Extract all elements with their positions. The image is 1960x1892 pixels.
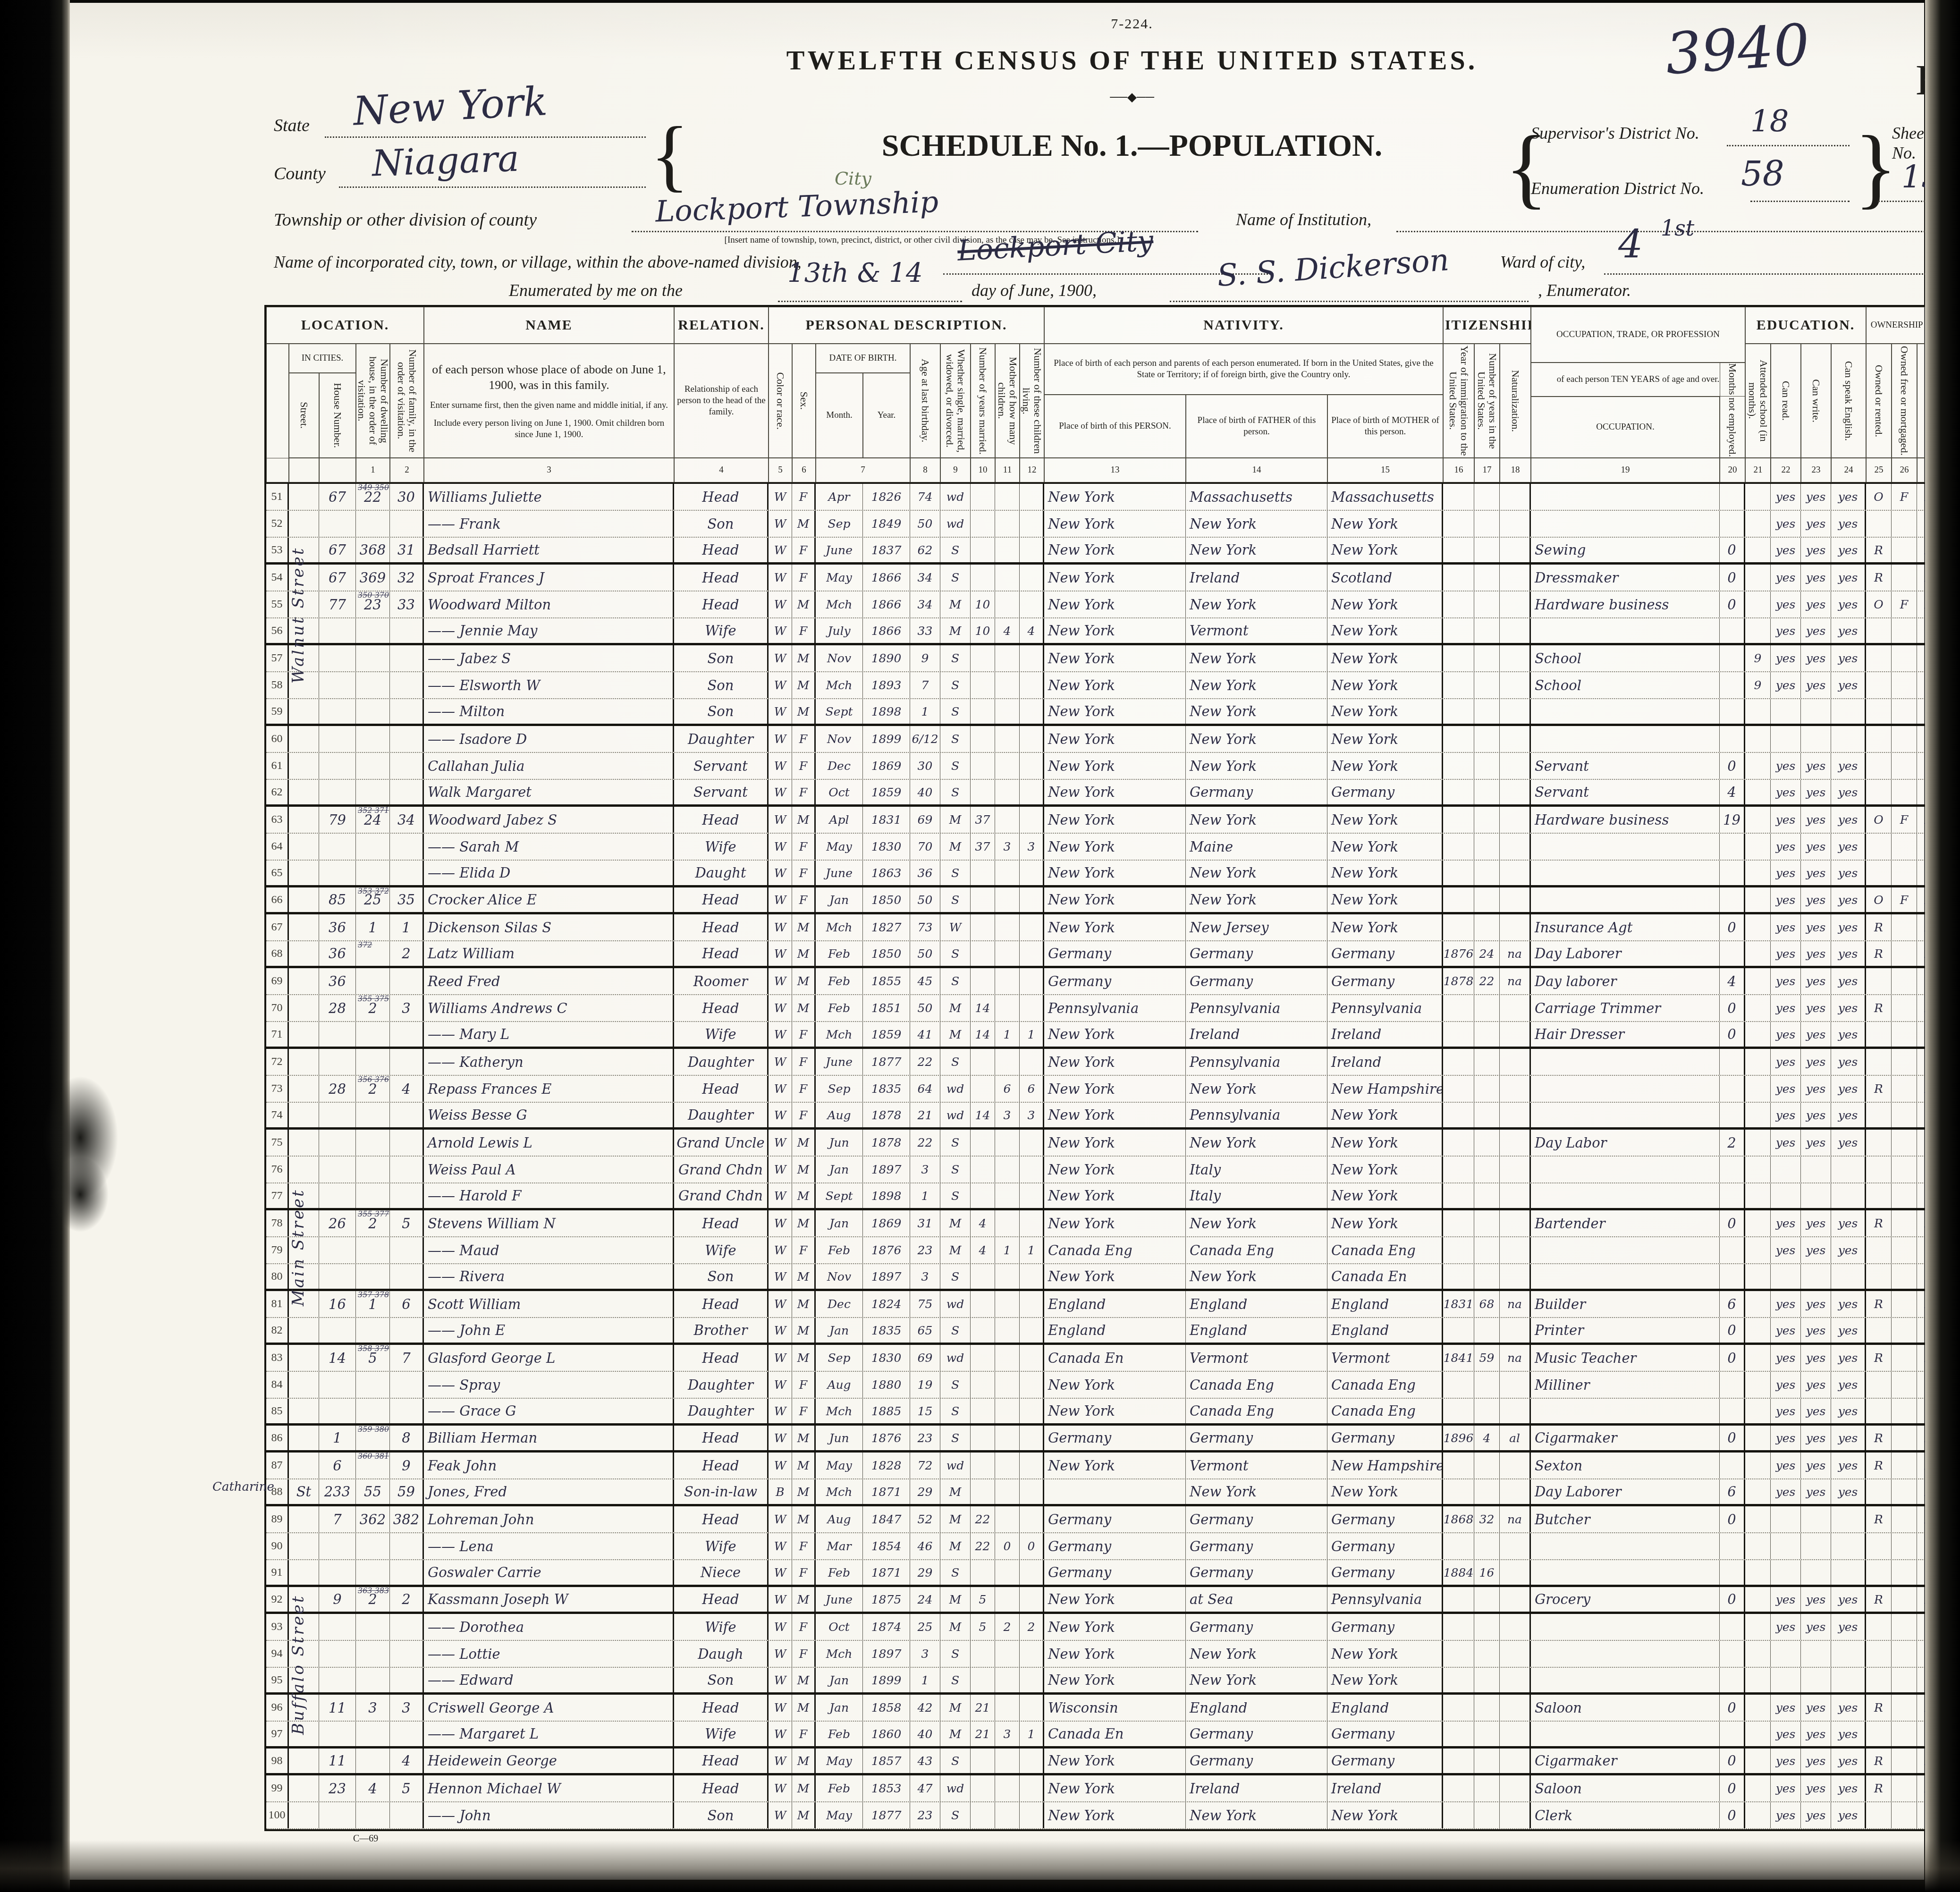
- can-read: yes: [1771, 672, 1801, 698]
- years-married: [971, 1479, 995, 1504]
- birth-month: Sep: [816, 1345, 863, 1371]
- dwelling-number: 359 380: [356, 1426, 390, 1450]
- months-not-employed: 0: [1720, 995, 1745, 1021]
- children-living: [1020, 1426, 1044, 1450]
- house-number: 6: [319, 1453, 356, 1478]
- family-number: [390, 1318, 424, 1343]
- birth-month: Sept: [816, 1183, 863, 1208]
- naturalization: [1500, 645, 1531, 671]
- table-row: 80—— RiveraSonWMNov18973SNew YorkNew Yor…: [266, 1264, 1960, 1291]
- dwelling-number: [356, 1237, 390, 1263]
- street: [289, 941, 319, 966]
- years-married: [971, 1426, 995, 1450]
- color-race: W: [769, 1183, 792, 1208]
- naturalization: [1500, 914, 1531, 940]
- pob-person: New York: [1044, 753, 1186, 779]
- age: 22: [910, 1130, 940, 1156]
- pob-father: Canada Eng: [1186, 1372, 1327, 1398]
- family-number: [390, 726, 424, 752]
- pob-mother: England: [1327, 1695, 1443, 1721]
- color-race: W: [769, 861, 792, 885]
- ward-line: [1604, 273, 1960, 275]
- can-write: yes: [1801, 941, 1831, 966]
- street: [289, 1506, 319, 1532]
- free-mortgaged: [1892, 1695, 1917, 1721]
- mother-of-children: [995, 1130, 1020, 1156]
- years-in-us: [1474, 1264, 1500, 1289]
- years-in-us: [1474, 1210, 1500, 1236]
- pob-person: Germany: [1044, 941, 1186, 966]
- street: [289, 968, 319, 994]
- can-read: yes: [1771, 618, 1801, 643]
- column-number: 10: [971, 458, 995, 482]
- township-label: Township or other division of county: [274, 210, 537, 230]
- birth-year: 1871: [863, 1560, 910, 1585]
- table-row: 78262355 3775Stevens William NHeadWMJan1…: [266, 1210, 1960, 1237]
- color-race: W: [769, 1076, 792, 1102]
- line-number: 99: [266, 1775, 289, 1801]
- can-read: yes: [1771, 753, 1801, 779]
- children-living: [1020, 511, 1044, 537]
- birth-month: Feb: [816, 1722, 863, 1746]
- years-married: [971, 1453, 995, 1478]
- birth-month: Feb: [816, 995, 863, 1021]
- pob-mother: New York: [1327, 672, 1443, 698]
- group-nativity: NATIVITY.: [1044, 307, 1443, 344]
- house-number: 77: [319, 591, 356, 617]
- years-married: [971, 1264, 995, 1289]
- house-number: [319, 1641, 356, 1667]
- years-in-us: [1474, 1130, 1500, 1156]
- months-not-employed: 0: [1720, 1022, 1745, 1047]
- immigration-year: 1876: [1443, 941, 1474, 966]
- name: Criswell George A: [424, 1695, 674, 1721]
- can-read: yes: [1771, 1291, 1801, 1317]
- years-in-us: [1474, 726, 1500, 752]
- name: —— Katheryn: [424, 1049, 674, 1075]
- owned-rented: [1866, 1802, 1892, 1828]
- naturalization: [1500, 1614, 1531, 1640]
- can-speak-english: yes: [1831, 1399, 1866, 1423]
- birth-month: Feb: [816, 1237, 863, 1263]
- occupation: [1531, 1103, 1720, 1127]
- pob-father: Italy: [1186, 1183, 1327, 1208]
- can-speak-english: yes: [1831, 1587, 1866, 1612]
- pob-person: Germany: [1044, 1426, 1186, 1450]
- can-read: yes: [1771, 834, 1801, 860]
- immigration-year: [1443, 1399, 1474, 1423]
- name: —— Isadore D: [424, 726, 674, 752]
- name: Billiam Herman: [424, 1426, 674, 1450]
- age: 29: [910, 1479, 940, 1504]
- years-married: [971, 968, 995, 994]
- supervisor-value: 18: [1750, 104, 1789, 139]
- dwelling-number: 1: [356, 914, 390, 940]
- pob-person: Germany: [1044, 1506, 1186, 1532]
- family-number: [390, 618, 424, 643]
- pob-father: New York: [1186, 672, 1327, 698]
- color-race: W: [769, 834, 792, 860]
- birth-month: Jan: [816, 887, 863, 912]
- pob-father: at Sea: [1186, 1587, 1327, 1612]
- house-number: 67: [319, 565, 356, 591]
- age: 72: [910, 1453, 940, 1478]
- attended-school: [1745, 1479, 1771, 1504]
- dwelling-number: [356, 753, 390, 779]
- table-row: 637924352 37134Woodward Jabez SHeadWMApl…: [266, 807, 1960, 834]
- family-number: [390, 1264, 424, 1289]
- birth-month: Sep: [816, 1076, 863, 1102]
- birth-year: 1878: [863, 1130, 910, 1156]
- months-not-employed: [1720, 1641, 1745, 1667]
- can-read: yes: [1771, 1453, 1801, 1478]
- subheader-pob-mother: Place of birth of MOTHER of this person.: [1327, 395, 1443, 458]
- marital-status: S: [940, 1264, 971, 1289]
- children-living: [1020, 807, 1044, 833]
- family-number: [390, 861, 424, 885]
- dwelling-number: 4: [356, 1775, 390, 1801]
- months-not-employed: [1720, 1614, 1745, 1640]
- street: [289, 1426, 319, 1450]
- column-number: [319, 458, 356, 482]
- table-row: 100—— JohnSonWMMay187723SNew YorkNew Yor…: [266, 1802, 1960, 1829]
- owned-rented: R: [1866, 1345, 1892, 1371]
- sex: F: [792, 538, 816, 562]
- attended-school: [1745, 1237, 1771, 1263]
- years-in-us: [1474, 1318, 1500, 1343]
- pob-mother: New York: [1327, 834, 1443, 860]
- months-not-employed: 0: [1720, 1775, 1745, 1801]
- color-race: W: [769, 565, 792, 591]
- free-mortgaged: [1892, 1426, 1917, 1450]
- sex: M: [792, 1318, 816, 1343]
- name: —— Margaret L: [424, 1722, 674, 1746]
- mother-of-children: [995, 565, 1020, 591]
- mother-of-children: [995, 484, 1020, 510]
- can-write: [1801, 1668, 1831, 1692]
- birth-year: 1831: [863, 807, 910, 833]
- can-read: yes: [1771, 1318, 1801, 1343]
- months-not-employed: 0: [1720, 1802, 1745, 1828]
- months-not-employed: [1720, 941, 1745, 966]
- birth-month: Aug: [816, 1372, 863, 1398]
- can-write: yes: [1801, 1237, 1831, 1263]
- dwelling-number: 372: [356, 941, 390, 966]
- can-read: yes: [1771, 1775, 1801, 1801]
- header-brace-left: {: [651, 109, 689, 201]
- owned-rented: [1866, 1479, 1892, 1504]
- house-number: [319, 1668, 356, 1692]
- house-number: [319, 726, 356, 752]
- pob-father: Germany: [1186, 1426, 1327, 1450]
- can-read: yes: [1771, 995, 1801, 1021]
- pob-mother: Germany: [1327, 968, 1443, 994]
- pob-mother: New York: [1327, 1479, 1443, 1504]
- dwelling-number: [356, 672, 390, 698]
- owned-rented: R: [1866, 1506, 1892, 1532]
- line-number: 93: [266, 1614, 289, 1640]
- mother-of-children: [995, 1157, 1020, 1182]
- immigration-year: [1443, 780, 1474, 804]
- street-name-label: Walnut Street: [289, 481, 316, 750]
- months-not-employed: 0: [1720, 1210, 1745, 1236]
- naturalization: [1500, 887, 1531, 912]
- relation: Wife: [674, 1533, 769, 1559]
- sex: F: [792, 1533, 816, 1559]
- children-living: [1020, 1748, 1044, 1773]
- can-write: yes: [1801, 1049, 1831, 1075]
- color-race: B: [769, 1479, 792, 1504]
- children-living: [1020, 995, 1044, 1021]
- can-read: yes: [1771, 968, 1801, 994]
- free-mortgaged: [1892, 1130, 1917, 1156]
- subheader-nativity-note: Place of birth of each person and parent…: [1044, 344, 1443, 395]
- owned-rented: R: [1866, 914, 1892, 940]
- street: [289, 753, 319, 779]
- occupation: Bartender: [1531, 1210, 1720, 1236]
- house-number: [319, 511, 356, 537]
- can-write: yes: [1801, 1695, 1831, 1721]
- line-number: 96: [266, 1695, 289, 1721]
- house-number: 36: [319, 914, 356, 940]
- marital-status: M: [940, 591, 971, 617]
- occupation: Cigarmaker: [1531, 1426, 1720, 1450]
- months-not-employed: 0: [1720, 1587, 1745, 1612]
- color-race: W: [769, 726, 792, 752]
- can-write: yes: [1801, 753, 1831, 779]
- table-row: 73282356 3764Repass Frances EHeadWFSep18…: [266, 1076, 1960, 1103]
- pob-person: New York: [1044, 1372, 1186, 1398]
- dwelling-number: [356, 1560, 390, 1585]
- dwelling-number: 55: [356, 1479, 390, 1504]
- owned-rented: R: [1866, 1587, 1892, 1612]
- name: Hennon Michael W: [424, 1775, 674, 1801]
- immigration-year: [1443, 995, 1474, 1021]
- months-not-employed: [1720, 861, 1745, 885]
- color-race: W: [769, 1587, 792, 1612]
- birth-year: 1898: [863, 1183, 910, 1208]
- can-speak-english: [1831, 1506, 1866, 1532]
- pob-person: New York: [1044, 538, 1186, 562]
- birth-month: May: [816, 1748, 863, 1773]
- table-row: 93—— DorotheaWifeWFOct187425M522New York…: [266, 1614, 1960, 1641]
- dwelling-number: [356, 1157, 390, 1182]
- occupation: [1531, 1264, 1720, 1289]
- children-living: 6: [1020, 1076, 1044, 1102]
- years-married: [971, 511, 995, 537]
- immigration-year: [1443, 726, 1474, 752]
- can-write: yes: [1801, 1399, 1831, 1423]
- birth-year: 1851: [863, 995, 910, 1021]
- house-number: [319, 1264, 356, 1289]
- dwelling-number: [356, 1722, 390, 1746]
- sex: F: [792, 1049, 816, 1075]
- table-row: 82—— John EBrotherWMJan183565SEnglandEng…: [266, 1318, 1960, 1345]
- can-speak-english: yes: [1831, 1372, 1866, 1398]
- months-not-employed: [1720, 834, 1745, 860]
- attended-school: [1745, 1748, 1771, 1773]
- occupation: Milliner: [1531, 1372, 1720, 1398]
- dwelling-number: [356, 1049, 390, 1075]
- owned-rented: [1866, 834, 1892, 860]
- years-in-us: 22: [1474, 968, 1500, 994]
- relation: Head: [674, 565, 769, 591]
- group-location: LOCATION.: [266, 307, 424, 344]
- mother-of-children: [995, 1264, 1020, 1289]
- name: Arnold Lewis L: [424, 1130, 674, 1156]
- free-mortgaged: [1892, 699, 1917, 724]
- relation: Brother: [674, 1318, 769, 1343]
- mother-of-children: [995, 1399, 1020, 1423]
- children-living: [1020, 672, 1044, 698]
- subheader-immigration-year: Year of immigration to the United States…: [1443, 344, 1474, 458]
- can-write: yes: [1801, 1210, 1831, 1236]
- pob-mother: Ireland: [1327, 1049, 1443, 1075]
- pob-father: New York: [1186, 861, 1327, 885]
- sex: F: [792, 861, 816, 885]
- years-married: [971, 1399, 995, 1423]
- color-race: W: [769, 538, 792, 562]
- birth-year: 1824: [863, 1291, 910, 1317]
- pob-person: New York: [1044, 1587, 1186, 1612]
- column-number: 18: [1500, 458, 1531, 482]
- age: 50: [910, 995, 940, 1021]
- occupation: [1531, 1237, 1720, 1263]
- table-row: 61Callahan JuliaServantWFDec186930SNew Y…: [266, 753, 1960, 780]
- sex: M: [792, 699, 816, 724]
- years-in-us: [1474, 914, 1500, 940]
- subheader-children-living: Number of these children living.: [1020, 344, 1044, 458]
- owned-rented: [1866, 1049, 1892, 1075]
- subheader-dwelling-number: Number of dwelling house, in the order o…: [356, 344, 390, 458]
- can-write: yes: [1801, 1318, 1831, 1343]
- sex: F: [792, 1641, 816, 1667]
- can-speak-english: yes: [1831, 753, 1866, 779]
- children-living: [1020, 484, 1044, 510]
- subheader-sex: Sex.: [792, 344, 816, 458]
- free-mortgaged: [1892, 645, 1917, 671]
- can-read: yes: [1771, 511, 1801, 537]
- name: —— Sarah M: [424, 834, 674, 860]
- age: 70: [910, 834, 940, 860]
- children-living: [1020, 1345, 1044, 1371]
- owned-rented: [1866, 645, 1892, 671]
- sex: F: [792, 1022, 816, 1047]
- age: 19: [910, 1372, 940, 1398]
- owned-rented: R: [1866, 941, 1892, 966]
- name: Scott William: [424, 1291, 674, 1317]
- pob-father: Vermont: [1186, 1345, 1327, 1371]
- dwelling-number: [356, 1103, 390, 1127]
- relation: Head: [674, 1695, 769, 1721]
- mother-of-children: 4: [995, 618, 1020, 643]
- pob-mother: New York: [1327, 538, 1443, 562]
- owned-rented: [1866, 780, 1892, 804]
- can-read: yes: [1771, 1130, 1801, 1156]
- months-not-employed: 0: [1720, 591, 1745, 617]
- immigration-year: [1443, 1103, 1474, 1127]
- family-number: 1: [390, 914, 424, 940]
- occupation: [1531, 1722, 1720, 1746]
- can-read: [1771, 1264, 1801, 1289]
- mother-of-children: [995, 1372, 1020, 1398]
- children-living: 0: [1020, 1533, 1044, 1559]
- can-write: yes: [1801, 1453, 1831, 1478]
- relation: Son: [674, 645, 769, 671]
- immigration-year: [1443, 834, 1474, 860]
- owned-rented: [1866, 1264, 1892, 1289]
- years-in-us: 4: [1474, 1426, 1500, 1450]
- free-mortgaged: [1892, 1453, 1917, 1478]
- can-read: yes: [1771, 941, 1801, 966]
- dwelling-number: 2356 376: [356, 1076, 390, 1102]
- children-living: [1020, 1318, 1044, 1343]
- mother-of-children: [995, 1426, 1020, 1450]
- marital-status: S: [940, 1748, 971, 1773]
- free-mortgaged: [1892, 1802, 1917, 1828]
- occupation: [1531, 1049, 1720, 1075]
- color-race: W: [769, 1157, 792, 1182]
- line-number: 59: [266, 699, 289, 724]
- dwelling-number: [356, 1264, 390, 1289]
- attended-school: [1745, 914, 1771, 940]
- can-write: [1801, 1533, 1831, 1559]
- pob-father: Vermont: [1186, 618, 1327, 643]
- dwelling-number: [356, 1533, 390, 1559]
- enumerated-date-line: [778, 300, 962, 302]
- pob-father: New York: [1186, 753, 1327, 779]
- can-speak-english: yes: [1831, 834, 1866, 860]
- name: —— Lena: [424, 1533, 674, 1559]
- can-read: yes: [1771, 538, 1801, 562]
- column-number: 4: [674, 458, 769, 482]
- sex: F: [792, 1237, 816, 1263]
- street-name-label: Catharine: [212, 1480, 274, 1494]
- can-write: yes: [1801, 591, 1831, 617]
- months-not-employed: [1720, 1237, 1745, 1263]
- can-read: yes: [1771, 591, 1801, 617]
- can-speak-english: [1831, 1560, 1866, 1585]
- table-row: 9292363 3832Kassmann Joseph WHeadWMJune1…: [266, 1587, 1960, 1614]
- table-header: LOCATION.NAMERELATION.PERSONAL DESCRIPTI…: [266, 307, 1960, 484]
- color-race: W: [769, 1318, 792, 1343]
- months-not-employed: [1720, 1453, 1745, 1478]
- pob-mother: Canada Eng: [1327, 1372, 1443, 1398]
- pob-mother: New York: [1327, 591, 1443, 617]
- relation: Head: [674, 1210, 769, 1236]
- pob-father: New York: [1186, 1802, 1327, 1828]
- age: 34: [910, 591, 940, 617]
- birth-month: Feb: [816, 941, 863, 966]
- years-married: [971, 484, 995, 510]
- name: Crocker Alice E: [424, 887, 674, 912]
- months-not-employed: 0: [1720, 1426, 1745, 1450]
- sex: F: [792, 1614, 816, 1640]
- can-write: yes: [1801, 511, 1831, 537]
- age: 65: [910, 1318, 940, 1343]
- can-write: [1801, 1264, 1831, 1289]
- relation: Head: [674, 1453, 769, 1478]
- children-living: [1020, 1291, 1044, 1317]
- can-write: yes: [1801, 1479, 1831, 1504]
- pob-mother: Vermont: [1327, 1345, 1443, 1371]
- birth-month: Feb: [816, 1775, 863, 1801]
- pob-father: Pennsylvania: [1186, 1049, 1327, 1075]
- subheader-occupation-note: of each person TEN YEARS of age and over…: [1531, 363, 1745, 397]
- dwelling-number: 2355 377: [356, 1210, 390, 1236]
- table-row: 81161357 3786Scott WilliamHeadWMDec18247…: [266, 1291, 1960, 1318]
- table-row: 95—— EdwardSonWMJan18991SNew YorkNew Yor…: [266, 1668, 1960, 1695]
